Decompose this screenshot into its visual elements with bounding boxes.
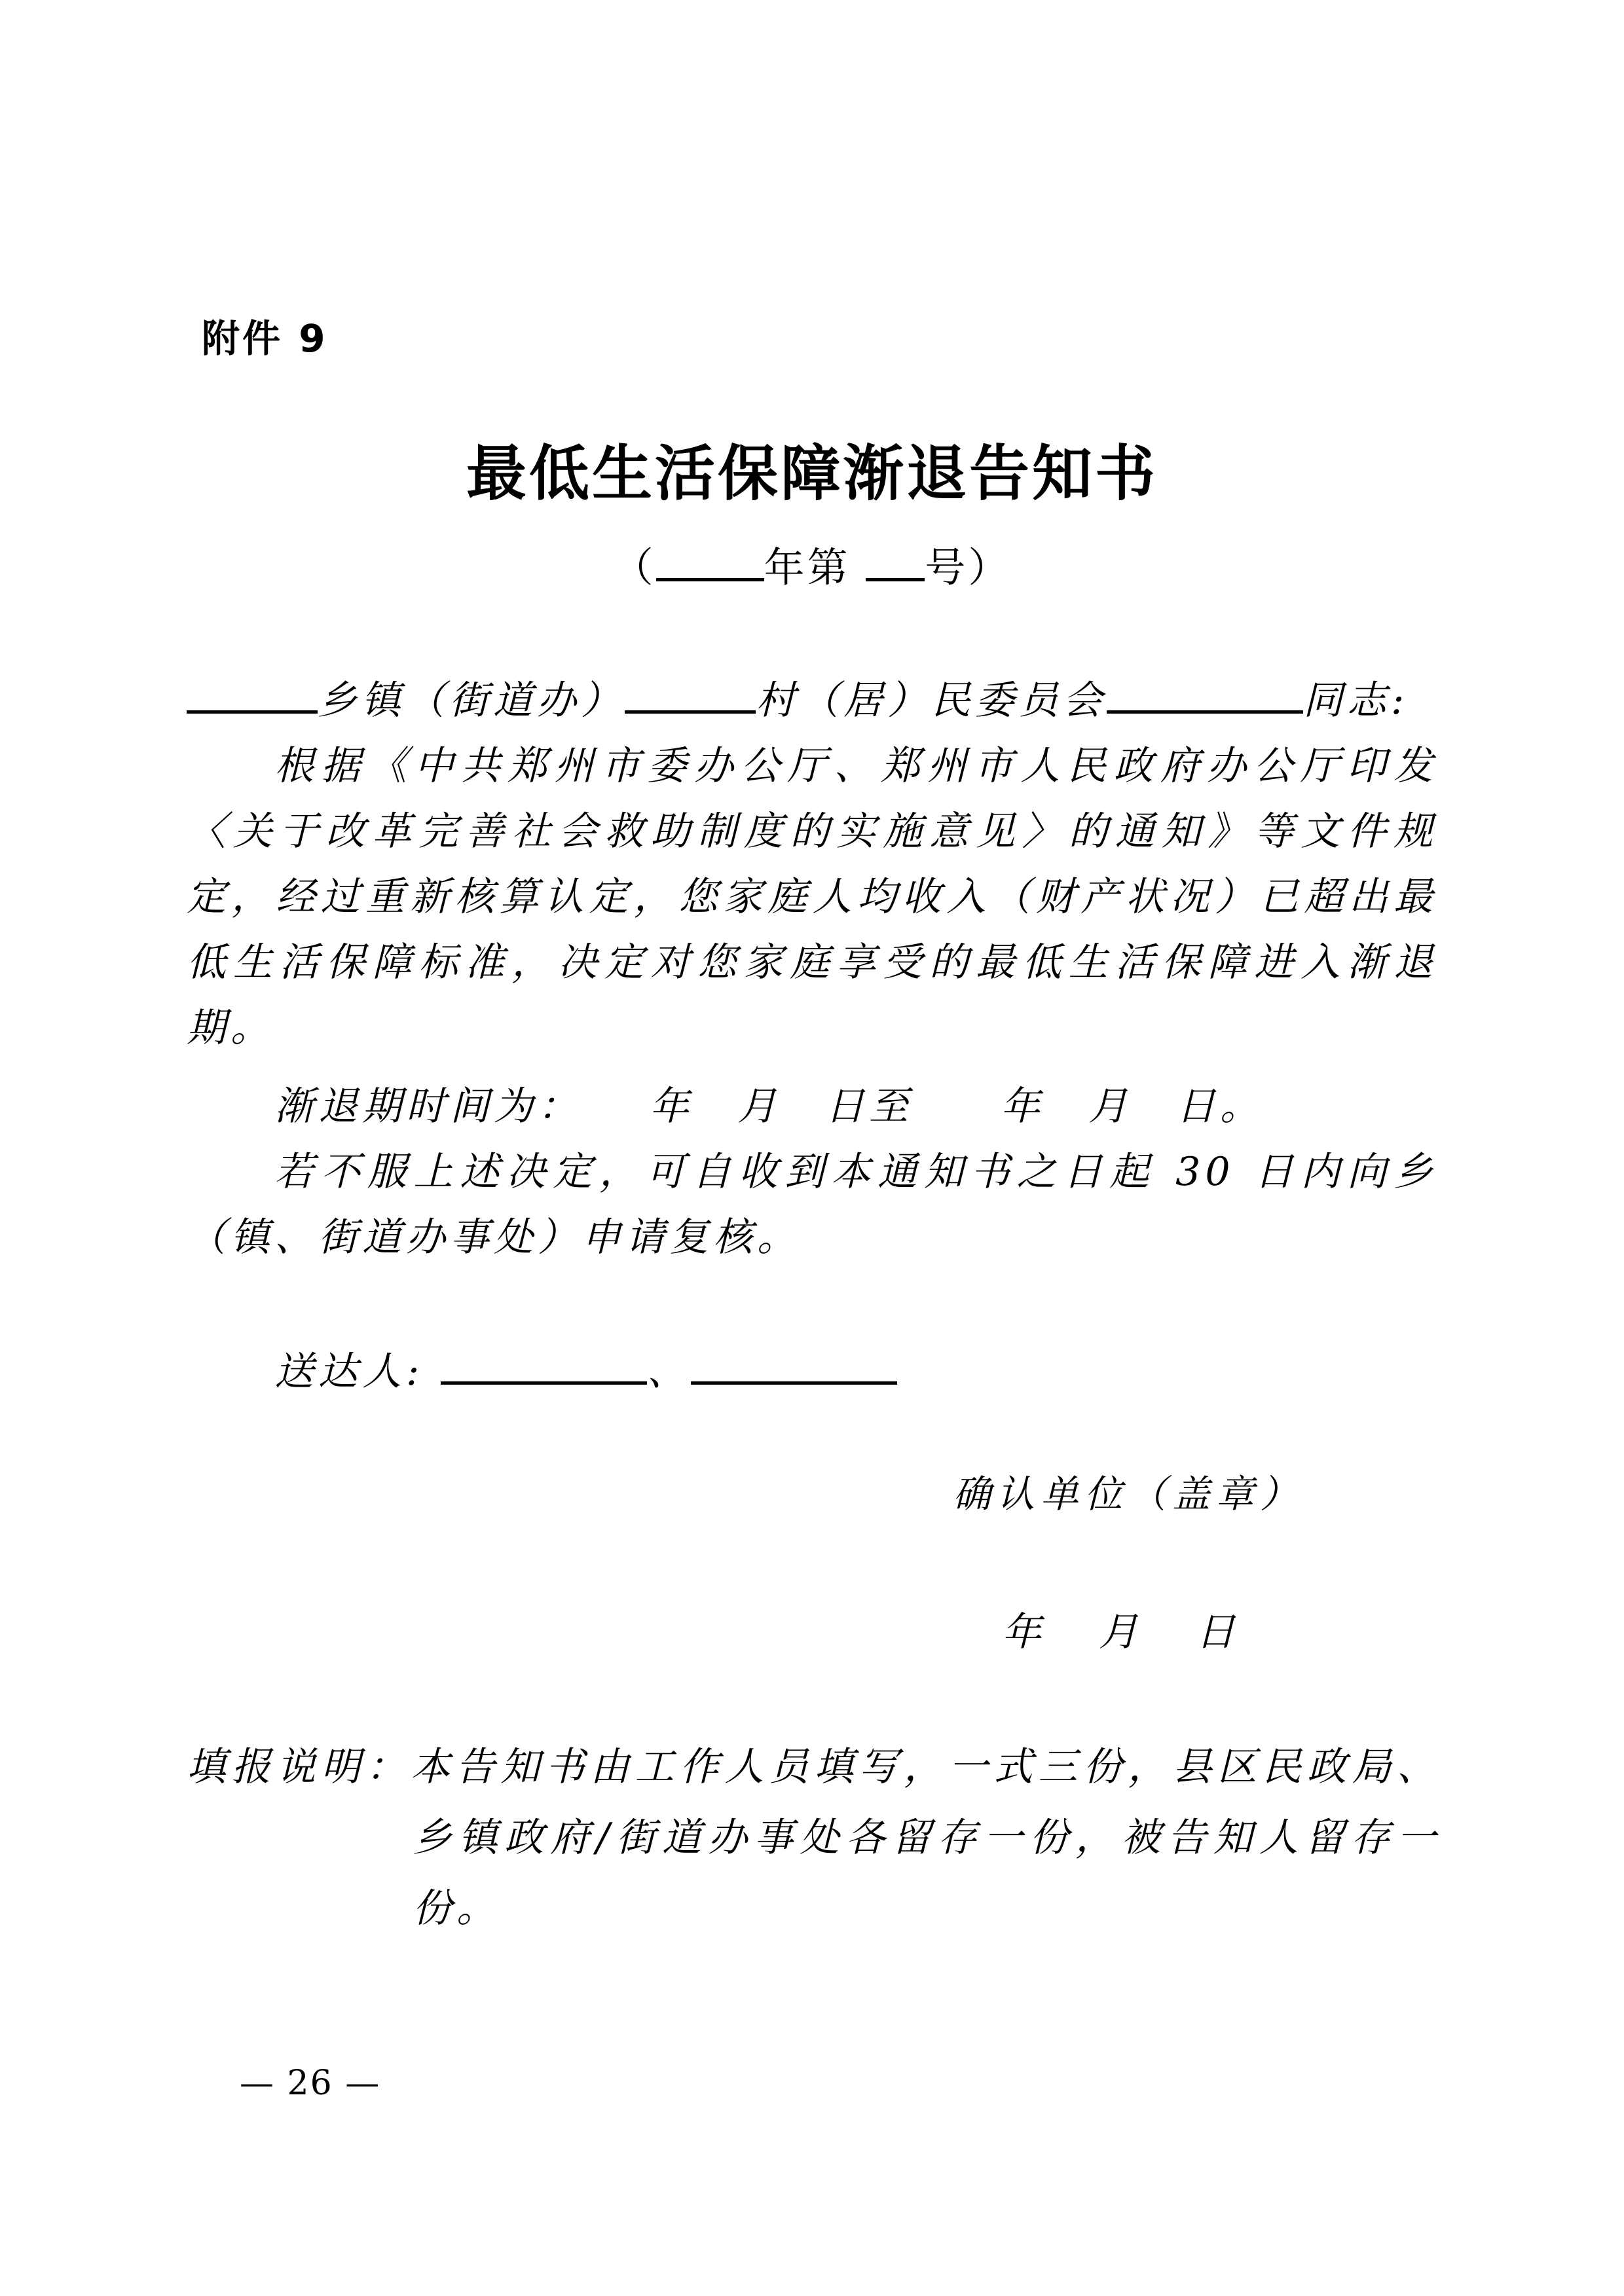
number-blank-line bbox=[866, 541, 925, 581]
township-label: 乡镇（街道办） bbox=[318, 678, 625, 723]
subtitle-open-paren: （ bbox=[613, 543, 656, 591]
salutation-line: 乡镇（街道办）村（居）民委员会同志: bbox=[187, 668, 1437, 733]
village-label: 村（居）民委员会 bbox=[756, 678, 1107, 723]
page-number: — 26 — bbox=[240, 2064, 380, 2103]
comrade-name-blank-line bbox=[1107, 674, 1303, 714]
signature-date-line: 年 月 日 bbox=[1002, 1601, 1244, 1657]
document-page: 附件 9 最低生活保障渐退告知书 （年第 号） 乡镇（街道办）村（居）民委员会同… bbox=[0, 0, 1624, 2296]
filling-instructions: 填报说明：本告知书由工作人员填写，一式三份，县区民政局、乡镇政府/街道办事处各留… bbox=[187, 1732, 1441, 1944]
deliverer-blank-line-2 bbox=[691, 1345, 897, 1385]
deliverer-label: 送达人: bbox=[274, 1349, 424, 1394]
filling-instructions-text: 本告知书由工作人员填写，一式三份，县区民政局、乡镇政府/街道办事处各留存一份，被… bbox=[411, 1744, 1441, 1931]
deliverer-blank-line-1 bbox=[441, 1345, 647, 1385]
paragraph-policy-basis: 根据《中共郑州市委办公厅、郑州市人民政府办公厅印发〈关于改革完善社会救助制度的实… bbox=[187, 733, 1437, 1061]
confirm-unit-seal-line: 确认单位（盖章） bbox=[953, 1463, 1304, 1518]
attachment-label: 附件 9 bbox=[202, 308, 328, 363]
deliverer-line: 送达人: 、 bbox=[187, 1339, 1437, 1404]
comrade-label: 同志: bbox=[1303, 678, 1409, 723]
document-body: 乡镇（街道办）村（居）民委员会同志: 根据《中共郑州市委办公厅、郑州市人民政府办… bbox=[187, 668, 1437, 1404]
village-blank-line bbox=[625, 674, 756, 714]
filling-instructions-label: 填报说明： bbox=[187, 1744, 411, 1790]
township-blank-line bbox=[187, 674, 318, 714]
subtitle-number-label: 号） bbox=[925, 543, 1011, 591]
year-blank-line bbox=[656, 541, 764, 581]
gradual-withdrawal-period-line: 渐退期时间为： 年 月 日至 年 月 日。 bbox=[187, 1074, 1437, 1139]
deliverer-separator: 、 bbox=[647, 1349, 691, 1394]
document-title: 最低生活保障渐退告知书 bbox=[0, 437, 1624, 509]
paragraph-appeal-rights: 若不服上述决定，可自收到本通知书之日起 30 日内向乡（镇、街道办事处）申请复核… bbox=[187, 1139, 1437, 1270]
document-subtitle: （年第 号） bbox=[0, 538, 1624, 597]
subtitle-year-label: 年第 bbox=[764, 543, 851, 591]
